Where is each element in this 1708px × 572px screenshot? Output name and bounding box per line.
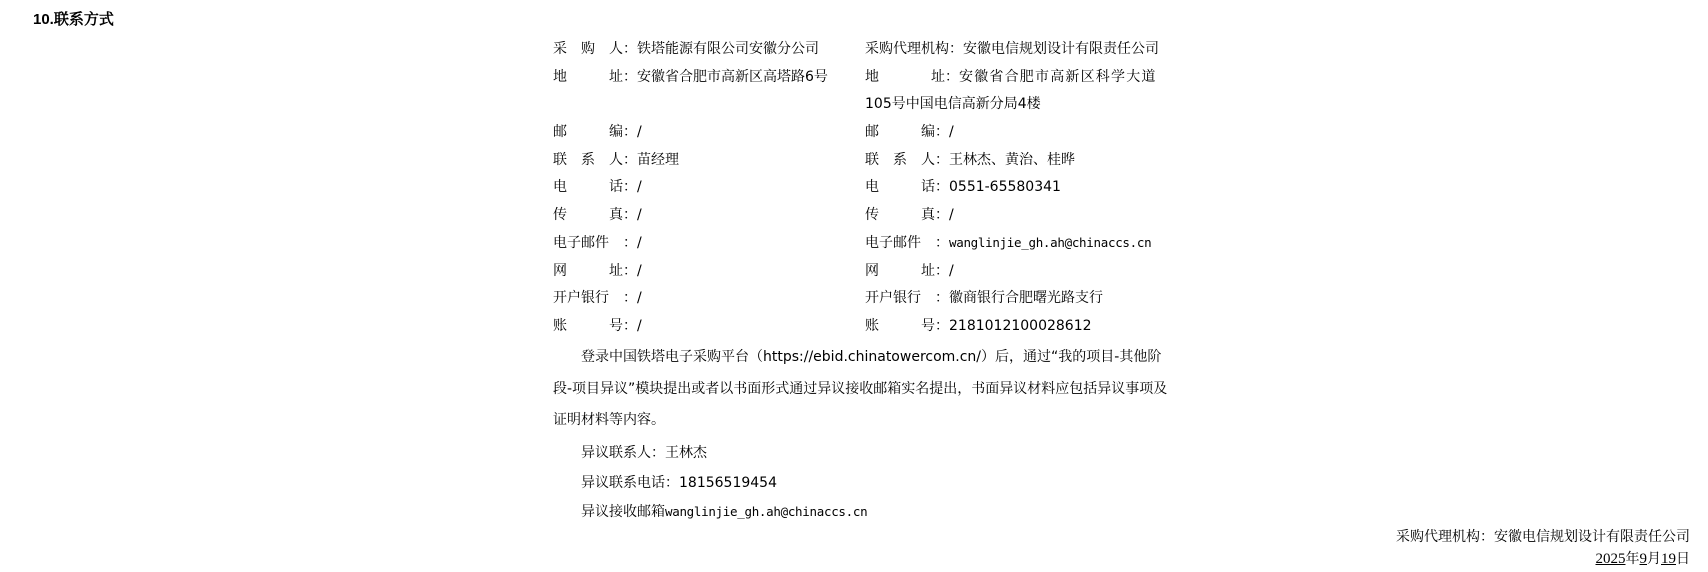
field-label: 电 话 [865,176,935,204]
agency-address-row: 地 址 ： 安徽省合肥市高新区科学大道 [865,66,1185,94]
purchaser-name: 铁塔能源有限公司安徽分公司 [637,38,819,66]
field-label: 传 真 [553,204,623,232]
section-title: 10.联系方式 [33,8,114,29]
date-year: 2025 [1596,551,1626,567]
field-label: 网 址 [865,260,935,288]
field-label: 地 址 [553,66,623,94]
field-label: 电子邮件 [553,232,623,260]
agency-account: 2181012100028612 [949,315,1092,343]
date-day: 19 [1661,551,1676,567]
field-label: 联 系 人 [865,149,935,177]
field-label: 传 真 [865,204,935,232]
objection-email-value[interactable]: wanglinjie_gh.ah@chinaccs.cn [665,504,867,519]
purchaser-account-row: 账 号 ： / [553,315,863,343]
field-label: 地 址 [865,66,945,94]
purchaser-bank-row: 开户银行 ： / [553,287,863,315]
purchaser-email: / [637,232,642,260]
signature-date: 2025年9月19日 [1596,548,1691,570]
signature-agency: 采购代理机构：安徽电信规划设计有限责任公司 [1396,526,1690,548]
agency-email[interactable]: wanglinjie_gh.ah@chinaccs.cn [949,232,1151,260]
objection-phone-line: 异议联系电话：18156519454 [581,472,777,494]
agency-fax: / [949,204,954,232]
purchaser-website: / [637,260,642,288]
purchaser-phone-row: 电 话 ： / [553,176,863,204]
agency-phone-row: 电 话 ： 0551-65580341 [865,176,1185,204]
field-label: 账 号 [553,315,623,343]
agency-address-continuation: 105号中国电信高新分局4楼 [865,93,1041,121]
purchaser-fax: / [637,204,642,232]
agency-address: 安徽省合肥市高新区科学大道 [959,66,1157,94]
field-label: 采 购 人 [553,38,623,66]
agency-account-row: 账 号 ： 2181012100028612 [865,315,1185,343]
purchaser-account: / [637,315,642,343]
field-label: 账 号 [865,315,935,343]
purchaser-email-row: 电子邮件 ： / [553,232,863,260]
signature-name: 安徽电信规划设计有限责任公司 [1494,529,1690,545]
purchaser-postcode-row: 邮 编 ： / [553,121,863,149]
agency-name-row: 采购代理机构 ： 安徽电信规划设计有限责任公司 [865,38,1185,66]
agency-bank-row: 开户银行 ： 徽商银行合肥曙光路支行 [865,287,1185,315]
agency-name: 安徽电信规划设计有限责任公司 [963,38,1159,66]
signature-label: 采购代理机构： [1396,529,1494,545]
field-label: 电 话 [553,176,623,204]
purchaser-fax-row: 传 真 ： / [553,204,863,232]
agency-phone: 0551-65580341 [949,176,1061,204]
agency-website: / [949,260,954,288]
purchaser-bank: / [637,287,642,315]
purchaser-postcode: / [637,121,642,149]
purchaser-contact: 苗经理 [637,149,679,177]
field-label: 网 址 [553,260,623,288]
field-label: 开户银行 [553,287,623,315]
objection-email-line: 异议接收邮箱wanglinjie_gh.ah@chinaccs.cn [581,501,867,523]
purchaser-phone: / [637,176,642,204]
field-label: 邮 编 [865,121,935,149]
objection-contact-line: 异议联系人：王林杰 [581,442,707,464]
spacer-row [553,93,863,121]
purchaser-address-row: 地 址 ： 安徽省合肥市高新区高塔路6号 [553,66,863,94]
agency-email-row: 电子邮件 ： wanglinjie_gh.ah@chinaccs.cn [865,232,1185,260]
objection-instructions-paragraph: 登录中国铁塔电子采购平台（https://ebid.chinatowercom.… [553,342,1175,437]
field-label: 采购代理机构 [865,38,949,66]
purchaser-column: 采 购 人 ： 铁塔能源有限公司安徽分公司 地 址 ： 安徽省合肥市高新区高塔路… [553,38,863,343]
purchaser-address: 安徽省合肥市高新区高塔路6号 [637,66,828,94]
field-label: 邮 编 [553,121,623,149]
agency-contact: 王林杰、黄治、桂晔 [949,149,1075,177]
purchaser-name-row: 采 购 人 ： 铁塔能源有限公司安徽分公司 [553,38,863,66]
agency-fax-row: 传 真 ： / [865,204,1185,232]
purchaser-website-row: 网 址 ： / [553,260,863,288]
objection-phone-label: 异议联系电话： [581,475,679,491]
agency-bank: 徽商银行合肥曙光路支行 [949,287,1103,315]
objection-email-label: 异议接收邮箱 [581,504,665,520]
date-month: 9 [1640,551,1648,567]
agency-address-continuation-row: 105号中国电信高新分局4楼 [865,93,1185,121]
field-label: 电子邮件 [865,232,935,260]
objection-contact-label: 异议联系人： [581,445,665,461]
objection-phone-value: 18156519454 [679,475,777,491]
agency-website-row: 网 址 ： / [865,260,1185,288]
field-label: 联 系 人 [553,149,623,177]
agency-postcode: / [949,121,954,149]
field-label: 开户银行 [865,287,935,315]
agency-contact-row: 联 系 人 ： 王林杰、黄治、桂晔 [865,149,1185,177]
purchaser-contact-row: 联 系 人 ： 苗经理 [553,149,863,177]
agency-column: 采购代理机构 ： 安徽电信规划设计有限责任公司 地 址 ： 安徽省合肥市高新区科… [865,38,1185,343]
agency-postcode-row: 邮 编 ： / [865,121,1185,149]
objection-contact-value: 王林杰 [665,445,707,461]
